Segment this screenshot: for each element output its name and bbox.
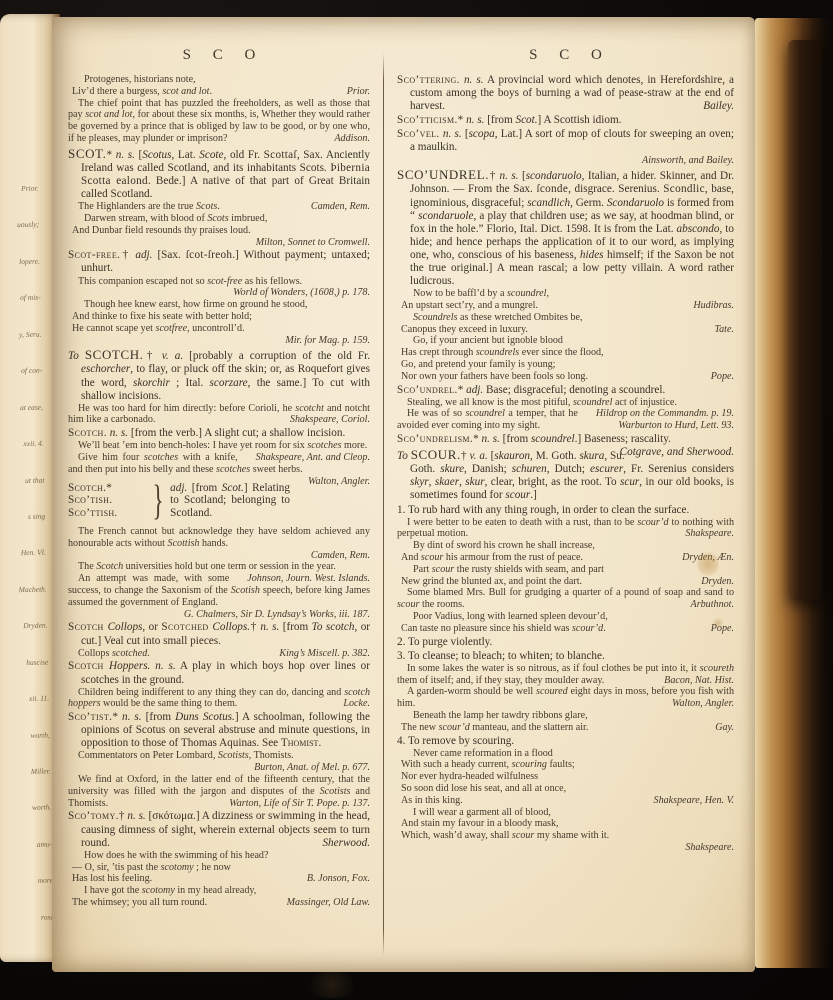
- verse-quotation: By dint of sword his crown he shall incr…: [397, 540, 734, 564]
- headword: SCOTCH.: [85, 347, 144, 362]
- quote-attribution: Pope.: [703, 371, 734, 383]
- text-run: scotfree: [156, 323, 188, 334]
- text-run: The whimsey; you all turn round.: [72, 897, 207, 908]
- text-run: A garden-worm should be well: [407, 686, 536, 697]
- headword: Sco’tomy.: [68, 810, 119, 822]
- quote-attribution: Shakspeare.: [667, 528, 734, 540]
- text-run: scot-free: [207, 276, 242, 287]
- dictionary-entry: Sco’tticism.* n. s. [from Scot.] A Scott…: [397, 114, 734, 127]
- verse-line: Poor Vadius, long with learned spleen de…: [397, 611, 734, 623]
- text-run: He cannot scape yet: [72, 323, 156, 334]
- column-header-left: S C O: [77, 47, 370, 64]
- quote-attribution: King’s Miscell. p. 382.: [261, 648, 370, 660]
- text-run: n. s.: [466, 114, 484, 126]
- text-run: 1. To rub hard with any thing rough, in …: [397, 504, 689, 516]
- text-run: *: [106, 149, 115, 161]
- text-run: ſcot-ſreoh: [186, 249, 233, 261]
- text-run: Scotists: [218, 750, 249, 761]
- quote-attribution: Hudibras.: [685, 300, 734, 312]
- text-run: , uncontroll’d.: [187, 323, 244, 334]
- verse-line: Which, wash’d away, shall scour my shame…: [397, 830, 734, 842]
- text-run: scouring: [512, 759, 547, 770]
- text-run: .: [147, 648, 150, 659]
- quote-attribution: G. Chalmers, Sir D. Lyndsay’s Works, iii…: [68, 609, 370, 621]
- headword: Sco’vel.: [397, 128, 440, 140]
- quote-attribution: Sherwood.: [327, 837, 370, 850]
- quote-attribution: Addison.: [316, 133, 370, 145]
- verse-quotation: Go, if your ancient but ignoble bloodHas…: [397, 335, 734, 382]
- text-run: An upstart sect’ry, and a mungrel.: [401, 300, 538, 311]
- dictionary-entry: Scotch Hoppers. n. s. A play in which bo…: [68, 660, 370, 686]
- dictionary-entry: Sco’tist.* n. s. [from Duns Scotus.] A s…: [68, 711, 370, 750]
- text-run: skure: [440, 463, 464, 475]
- text-run: n. s.: [116, 149, 135, 161]
- previous-page-text-fragments: Prior.uously;lopere.of mis-y, Seru.of co…: [0, 184, 59, 923]
- text-run: By dint of sword his crown he shall incr…: [413, 540, 595, 551]
- text-run: Nor ever hydra-headed wilfulness: [401, 771, 538, 782]
- text-run: abscondo: [677, 223, 720, 235]
- quotation: Some blamed Mrs. Bull for grudging a qua…: [397, 587, 734, 611]
- text-run: Scotists: [320, 786, 351, 797]
- text-run: , Danish;: [464, 463, 512, 475]
- text-run: v. a.: [470, 450, 488, 462]
- quote-attribution: Cotgrave, and Sherwood.: [625, 446, 734, 459]
- text-run: New grind the blunted ax, and point the …: [401, 576, 582, 587]
- text-run: He was of so: [407, 408, 465, 419]
- headword: Sco’tist.: [68, 711, 112, 723]
- text-run: Scotch: [96, 561, 123, 572]
- text-run: An attempt was made, with some success, …: [68, 573, 231, 596]
- page-fragment-text: y, Seru.: [19, 329, 41, 338]
- text-run: skorchir: [133, 377, 170, 389]
- stain: [697, 551, 719, 577]
- text-run: [from: [279, 621, 311, 633]
- text-run: With such a heady current,: [401, 759, 512, 770]
- text-run: The: [78, 561, 96, 572]
- verse-line: And stain my favour in a bloody mask,: [397, 818, 734, 830]
- headword: Sco’tticism.: [397, 114, 458, 126]
- page-fragment-text: huscise: [26, 657, 48, 666]
- quote-attribution: Shakspeare.: [397, 842, 734, 854]
- text-run: adj.: [135, 249, 152, 261]
- text-run: ,: [546, 288, 549, 299]
- page-fragment-text: Prior.: [21, 184, 38, 193]
- text-run: Can taste no pleasure since his shield w…: [401, 623, 572, 634]
- text-run: Part: [413, 564, 432, 575]
- text-run: †: [461, 450, 470, 462]
- text-run: Never came reformation in a flood: [413, 748, 553, 759]
- text-run: would be the same thing to them.: [101, 698, 238, 709]
- text-run: Scondlic: [663, 183, 705, 195]
- text-run: scour: [505, 489, 530, 501]
- verse-line: Go, if your ancient but ignoble blood: [397, 335, 734, 347]
- text-run: n. s.: [155, 660, 175, 672]
- text-run: universities hold but one term or sessio…: [123, 561, 336, 572]
- text-run: And Dunbar field resounds thy praises lo…: [72, 225, 251, 236]
- text-run: escurer: [590, 463, 623, 475]
- text-run: Some blamed Mrs. Bull for grudging a qua…: [407, 587, 734, 598]
- quote-attribution: Massinger, Old Law.: [279, 897, 370, 909]
- text-run: skyr: [410, 476, 429, 488]
- text-run: Commentators on Peter Lombard,: [78, 750, 218, 761]
- text-run: .: [217, 201, 220, 212]
- text-run: as these wretched Ombites be,: [457, 312, 582, 323]
- text-run: *: [458, 384, 466, 396]
- text-run: [probably a corruption of the old Fr.: [183, 350, 370, 362]
- text-run: Which, wash’d away, shall: [401, 830, 512, 841]
- text-run: Base; disgraceful; denoting a scoundrel.: [483, 384, 665, 396]
- verse-line: Darwen stream, with blood of Scots imbru…: [68, 213, 370, 225]
- text-run: scur: [620, 476, 639, 488]
- text-run: skauron: [494, 450, 530, 462]
- text-run: Scots: [196, 201, 217, 212]
- text-run: Children being indifferent to any thing …: [78, 687, 344, 698]
- quote-attribution: Dryden.: [693, 576, 734, 588]
- brace-glyph: }: [153, 477, 164, 525]
- verse-line: Though hee knew earst, how firme on grou…: [68, 299, 370, 311]
- text-run: 2. To purge violently.: [397, 636, 492, 648]
- quote-attribution: Warton, Life of Sir T. Pope. p. 137.: [211, 798, 370, 810]
- text-run: The new: [401, 722, 439, 733]
- text-run: scotomy: [142, 885, 175, 896]
- verse-line: — O, sir, ’tis past the scotomy ; he now: [68, 862, 370, 874]
- text-run: in my head already,: [175, 885, 256, 896]
- text-run: scoundrel: [573, 397, 612, 408]
- verse-line: Now to be baffl’d by a scoundrel,: [397, 288, 734, 300]
- verse-line: Go, and pretend your family is young;: [397, 359, 734, 371]
- verse-line: New grind the blunted ax, and point the …: [397, 576, 734, 588]
- page-fragment-text: worth,: [30, 730, 50, 739]
- text-run: scopa: [469, 128, 495, 140]
- verse-line: As in this king.Shakspeare, Hen. V.: [397, 795, 734, 807]
- text-run: n. s.: [110, 427, 128, 439]
- text-run: Duns Scotus.: [175, 711, 235, 723]
- text-run: Poor Vadius, long with learned spleen de…: [413, 611, 608, 622]
- quotation: The chief point that has puzzled the fre…: [68, 98, 370, 145]
- quote-attribution: Bailey.: [708, 100, 734, 113]
- page-fragment-text: uously;: [17, 220, 39, 229]
- text-run: Collops: [108, 621, 143, 633]
- verse-line: Can taste no pleasure since his shield w…: [397, 623, 734, 635]
- text-run: his armour from the rust of peace.: [443, 552, 583, 563]
- text-run: Scote: [199, 149, 223, 161]
- verse-line: Scoundrels as these wretched Ombites be,: [397, 312, 734, 324]
- headword: Sco’undrelism.: [397, 433, 473, 445]
- quote-attribution: Arbuthnot.: [673, 599, 734, 611]
- verse-line: Has lost his feeling.B. Jonson, Fox.: [68, 873, 370, 885]
- quotation: We’ll beat ’em into bench-holes: I have …: [68, 440, 370, 452]
- text-run: manteau, and the slattern air.: [470, 722, 589, 733]
- headword: Sco’undrel.: [397, 384, 458, 396]
- verse-line: I have got the scotomy in my head alread…: [68, 885, 370, 897]
- headword: SCOUR.: [411, 447, 461, 462]
- stain: [302, 972, 362, 998]
- text-run: Scotish: [231, 585, 260, 596]
- dictionary-entry: To SCOTCH.† v. a. [probably a corruption…: [68, 347, 370, 402]
- text-run: To scotch: [312, 621, 355, 633]
- headword: Scotch: [68, 660, 109, 672]
- quotation: He was too hard for him directly: before…: [68, 403, 370, 427]
- verse-line: The new scour’d manteau, and the slatter…: [397, 722, 734, 734]
- verse-line: So soon did lose his seat, and all at on…: [397, 783, 734, 795]
- quote-attribution: Walton, Angler.: [654, 698, 734, 710]
- verse-quotation: I have got the scotomy in my head alread…: [68, 885, 370, 909]
- text-run: Scottish: [168, 538, 200, 549]
- text-run: scot and lot: [162, 86, 209, 97]
- text-run: Collops.: [212, 621, 250, 633]
- quote-attribution: Warburton to Hurd, Lett. 93.: [600, 420, 734, 432]
- text-run: Though hee knew earst, how firme on grou…: [84, 299, 307, 310]
- verse-line: Liv’d there a burgess, scot and lot.Prio…: [68, 86, 370, 98]
- text-run: 3. To cleanse; to bleach; to whiten; to …: [397, 650, 605, 662]
- page-fragment-text: xii. 11.: [29, 694, 49, 703]
- quotation: This companion escaped not so scot-free …: [68, 276, 370, 288]
- verse-line: The whimsey; you all turn round.Massinge…: [68, 897, 370, 909]
- text-run: n. s.: [464, 74, 484, 86]
- text-run: , clear, bright, as the root. To: [485, 476, 620, 488]
- page-content: S C O Protogenes, historians note,Liv’d …: [68, 39, 734, 960]
- text-run: n. s.: [127, 810, 145, 822]
- verse-line: Never came reformation in a flood: [397, 748, 734, 760]
- brace-entry: Scotch.*Sco’tish.Sco’ttish.}adj. [from S…: [68, 477, 290, 525]
- quotation: In some lakes the water is so nitrous, a…: [397, 663, 734, 687]
- verse-quotation: Darwen stream, with blood of Scots imbru…: [68, 213, 370, 237]
- text-run: Scotus: [142, 149, 171, 161]
- text-run: 4. To remove by scouring.: [397, 735, 514, 747]
- text-run: scoundrels: [476, 347, 519, 358]
- quotation: Commentators on Peter Lombard, Scotists,…: [68, 750, 370, 762]
- text-run: n. s.: [122, 711, 142, 723]
- headword: SCOT.: [68, 146, 106, 161]
- verse-line: He cannot scape yet scotfree, uncontroll…: [68, 323, 370, 335]
- dictionary-entry: Scotch. n. s. [from the verb.] A slight …: [68, 427, 370, 440]
- page-fragment-text: Miller.: [31, 767, 51, 776]
- text-run: Darwen stream, with blood of: [84, 213, 207, 224]
- page-fragment-text: ut that: [25, 475, 45, 484]
- text-run: [: [462, 128, 469, 140]
- page-fragment-text: more: [38, 876, 53, 885]
- quotation: The French cannot but acknowledge they h…: [68, 526, 370, 550]
- headword: Scotch.*: [68, 482, 152, 495]
- text-run: , old Fr.: [224, 149, 264, 161]
- verse-line: How does he with the swimming of his hea…: [68, 850, 370, 862]
- text-run: [Sax.: [152, 249, 185, 261]
- text-run: .: [603, 623, 606, 634]
- page-fragment-text: Hen. VI.: [21, 548, 46, 558]
- headword: Scotched: [161, 621, 212, 633]
- text-run: scoundrel: [531, 433, 575, 445]
- text-run: This companion escaped not so: [78, 276, 207, 287]
- quote-attribution: Milton, Sonnet to Cromwell.: [68, 237, 370, 249]
- dictionary-entry: Sco’undrelism.* n. s. [from scoundrel.] …: [397, 433, 734, 446]
- text-run: scondaruole: [418, 210, 473, 222]
- quote-attribution: Burton, Anat. of Mel. p. 677.: [68, 762, 370, 774]
- quote-attribution: Bacon, Nat. Hist.: [646, 675, 734, 687]
- text-run: †: [489, 170, 499, 182]
- text-run: scour: [421, 552, 443, 563]
- text-run: And: [401, 552, 421, 563]
- text-run: †: [120, 249, 135, 261]
- text-run: as his fellows.: [242, 276, 302, 287]
- quote-attribution: Hildrop on the Commandm. p. 19.: [578, 408, 734, 420]
- text-run: scour’d: [637, 517, 668, 528]
- text-run: Give him four: [78, 452, 144, 463]
- text-run: Scot.: [222, 482, 244, 494]
- text-run: scoureth: [700, 663, 734, 674]
- dictionary-entry: 1. To rub hard with any thing rough, in …: [397, 504, 734, 517]
- headword: Sco’ttering.: [397, 74, 460, 86]
- verse-quotation: I will wear a garment all of blood,And s…: [397, 807, 734, 842]
- text-run: Protogenes, historians note,: [84, 74, 196, 85]
- quote-attribution: Prior.: [339, 86, 370, 98]
- text-run: scour’d: [572, 623, 603, 634]
- text-run: hands.: [199, 538, 228, 549]
- text-run: adj.: [170, 482, 187, 494]
- text-run: We’ll beat ’em into bench-holes: I have …: [78, 440, 307, 451]
- text-run: [from the verb.] A slight cut; a shallow…: [128, 427, 345, 439]
- text-run: *: [473, 433, 481, 445]
- page-fragment-text: worth.: [32, 803, 52, 812]
- column-divider-rule: [383, 53, 384, 956]
- headword: Scot-free.: [68, 249, 120, 261]
- text-run: .: [318, 737, 321, 749]
- text-run: Go, if your ancient but ignoble blood: [413, 335, 563, 346]
- page-fragment-text: Macbeth.: [19, 584, 47, 594]
- headword: Scotch.: [68, 427, 107, 439]
- text-run: them of itself; and, if they stay, they …: [397, 675, 604, 686]
- quote-attribution: Shakspeare, Ant. and Cleop.: [238, 452, 370, 464]
- dictionary-entry: SCO’UNDREL.† n. s. [scondaruolo, Italian…: [397, 167, 734, 288]
- verse-line: And Dunbar field resounds thy praises lo…: [68, 225, 370, 237]
- text-run: [from: [484, 114, 515, 126]
- verse-quotation: Beneath the lamp her tawdry ribbons glar…: [397, 710, 734, 734]
- text-run: the rooms.: [419, 599, 464, 610]
- verse-line: And scour his armour from the rust of pe…: [397, 552, 734, 564]
- text-run: scot and lot: [85, 109, 132, 120]
- quotation: Stealing, we all know is the most pitifu…: [397, 397, 734, 409]
- text-run: imbrued,: [229, 213, 268, 224]
- page-fragment-text: of mis-: [20, 293, 41, 302]
- text-run: scorzare: [210, 377, 248, 389]
- text-run: act of injustice.: [612, 397, 676, 408]
- verse-quotation: Scoundrels as these wretched Ombites be,…: [397, 312, 734, 336]
- text-run: To: [397, 450, 411, 462]
- quote-attribution: Mir. for Mag. p. 159.: [68, 335, 370, 347]
- dictionary-entry: SCOT.* n. s. [Scotus, Lat. Scote, old Fr…: [68, 146, 370, 201]
- verse-line: And thinke to fixe his seate with better…: [68, 311, 370, 323]
- text-run: [: [519, 170, 526, 182]
- text-run: scour: [512, 830, 534, 841]
- text-run: Scots: [207, 213, 228, 224]
- text-run: ſconde: [536, 183, 568, 195]
- page-fragment-text: s sing: [28, 512, 45, 521]
- dictionary-entry: Sco’tomy.† n. s. [σκότωμα.] A dizziness …: [68, 810, 370, 849]
- text-run: scotcht: [295, 403, 324, 414]
- text-run: .]: [530, 489, 537, 501]
- quote-attribution: Shakspeare, Hen. V.: [646, 795, 734, 807]
- text-run: more.: [342, 440, 368, 451]
- quotation: I were better to be eaten to death with …: [397, 517, 734, 541]
- quotation: We find at Oxford, in the latter end of …: [68, 774, 370, 809]
- text-run: Beneath the lamp her tawdry ribbons glar…: [413, 710, 588, 721]
- text-run: And thinke to fixe his seate with better…: [72, 311, 252, 322]
- verse-line: Protogenes, historians note,: [68, 74, 370, 86]
- page-fragment-text: at ease,: [20, 402, 43, 411]
- text-run: So soon did lose his seat, and all at on…: [401, 783, 566, 794]
- text-run: He was too hard for him directly: before…: [78, 403, 295, 414]
- text-run: scandlich: [527, 197, 570, 209]
- page-fragment-text: lopere.: [19, 257, 40, 266]
- quote-attribution: Gay.: [707, 722, 734, 734]
- text-run: n. s.: [260, 621, 279, 633]
- text-run: n. s.: [499, 170, 518, 182]
- text-run: ; he now: [194, 862, 231, 873]
- quote-attribution: B. Jonson, Fox.: [299, 873, 370, 885]
- verse-quotation: Though hee knew earst, how firme on grou…: [68, 299, 370, 334]
- dictionary-entry: 3. To cleanse; to bleach; to whiten; to …: [397, 650, 734, 663]
- page-fragment-text: of con-: [21, 366, 42, 375]
- text-run: [from: [500, 433, 531, 445]
- quote-attribution: Ainsworth, and Bailey.: [397, 155, 734, 167]
- text-run: .: [209, 86, 212, 97]
- text-run: faults;: [547, 759, 575, 770]
- text-run: scour’d: [439, 722, 470, 733]
- page-fragment-text: xxii. 4.: [23, 439, 43, 448]
- text-run: scour: [432, 564, 454, 575]
- verse-quotation: How does he with the swimming of his hea…: [68, 850, 370, 885]
- text-run: †: [144, 350, 162, 362]
- text-run: scondaruolo: [526, 170, 582, 182]
- text-run: sweet herbs.: [250, 464, 302, 475]
- verse-quotation: Now to be baffl’d by a scoundrel,An upst…: [397, 288, 734, 312]
- quotation: The Scotch universities hold but one ter…: [68, 561, 370, 573]
- text-run: , Lat.: [172, 149, 200, 161]
- text-run: scour: [397, 599, 419, 610]
- text-run: [from: [187, 482, 222, 494]
- text-run: Now to be baffl’d by a: [413, 288, 507, 299]
- dictionary-entry: Sco’ttering. n. s. A provincial word whi…: [397, 74, 734, 113]
- text-run: The Highlanders are the true: [78, 201, 196, 212]
- text-run: adj.: [466, 384, 483, 396]
- left-column: S C O Protogenes, historians note,Liv’d …: [68, 39, 370, 960]
- text-run: , M. Goth.: [530, 450, 579, 462]
- text-run: scotches: [144, 452, 178, 463]
- text-run: Scondaruolo: [607, 197, 664, 209]
- stain: [712, 617, 724, 629]
- text-run: Liv’d there a burgess,: [72, 86, 162, 97]
- dictionary-entry: 4. To remove by scouring.: [397, 735, 734, 748]
- page-fragment-text: amu-: [37, 839, 53, 848]
- verse-quotation: Poor Vadius, long with learned spleen de…: [397, 611, 734, 635]
- previous-page-edge: Prior.uously;lopere.of mis-y, Seru.of co…: [0, 14, 60, 962]
- verse-line: Has crept through scoundrels ever since …: [397, 347, 734, 359]
- verse-line: Nor own your fathers have been fools so …: [397, 371, 734, 383]
- book-page: S C O Protogenes, historians note,Liv’d …: [52, 17, 755, 972]
- text-run: , Dutch;: [547, 463, 590, 475]
- text-run: ever since the flood,: [519, 347, 603, 358]
- quotation: Children being indifferent to any thing …: [68, 687, 370, 711]
- text-run: I have got the: [84, 885, 142, 896]
- verse-line: Beneath the lamp her tawdry ribbons glar…: [397, 710, 734, 722]
- dictionary-entry: Sco’vel. n. s. [scopa, Lat.] A sort of m…: [397, 128, 734, 154]
- text-run: scotches: [216, 464, 250, 475]
- text-run: Go, and pretend your family is young;: [401, 359, 555, 370]
- verse-line: I will wear a garment all of blood,: [397, 807, 734, 819]
- text-run: , Fr. Serenius considers: [623, 463, 734, 475]
- text-run: eschorcher: [81, 363, 130, 375]
- quote-attribution: Walton, Angler.: [290, 476, 370, 488]
- column-header-right: S C O: [406, 47, 734, 64]
